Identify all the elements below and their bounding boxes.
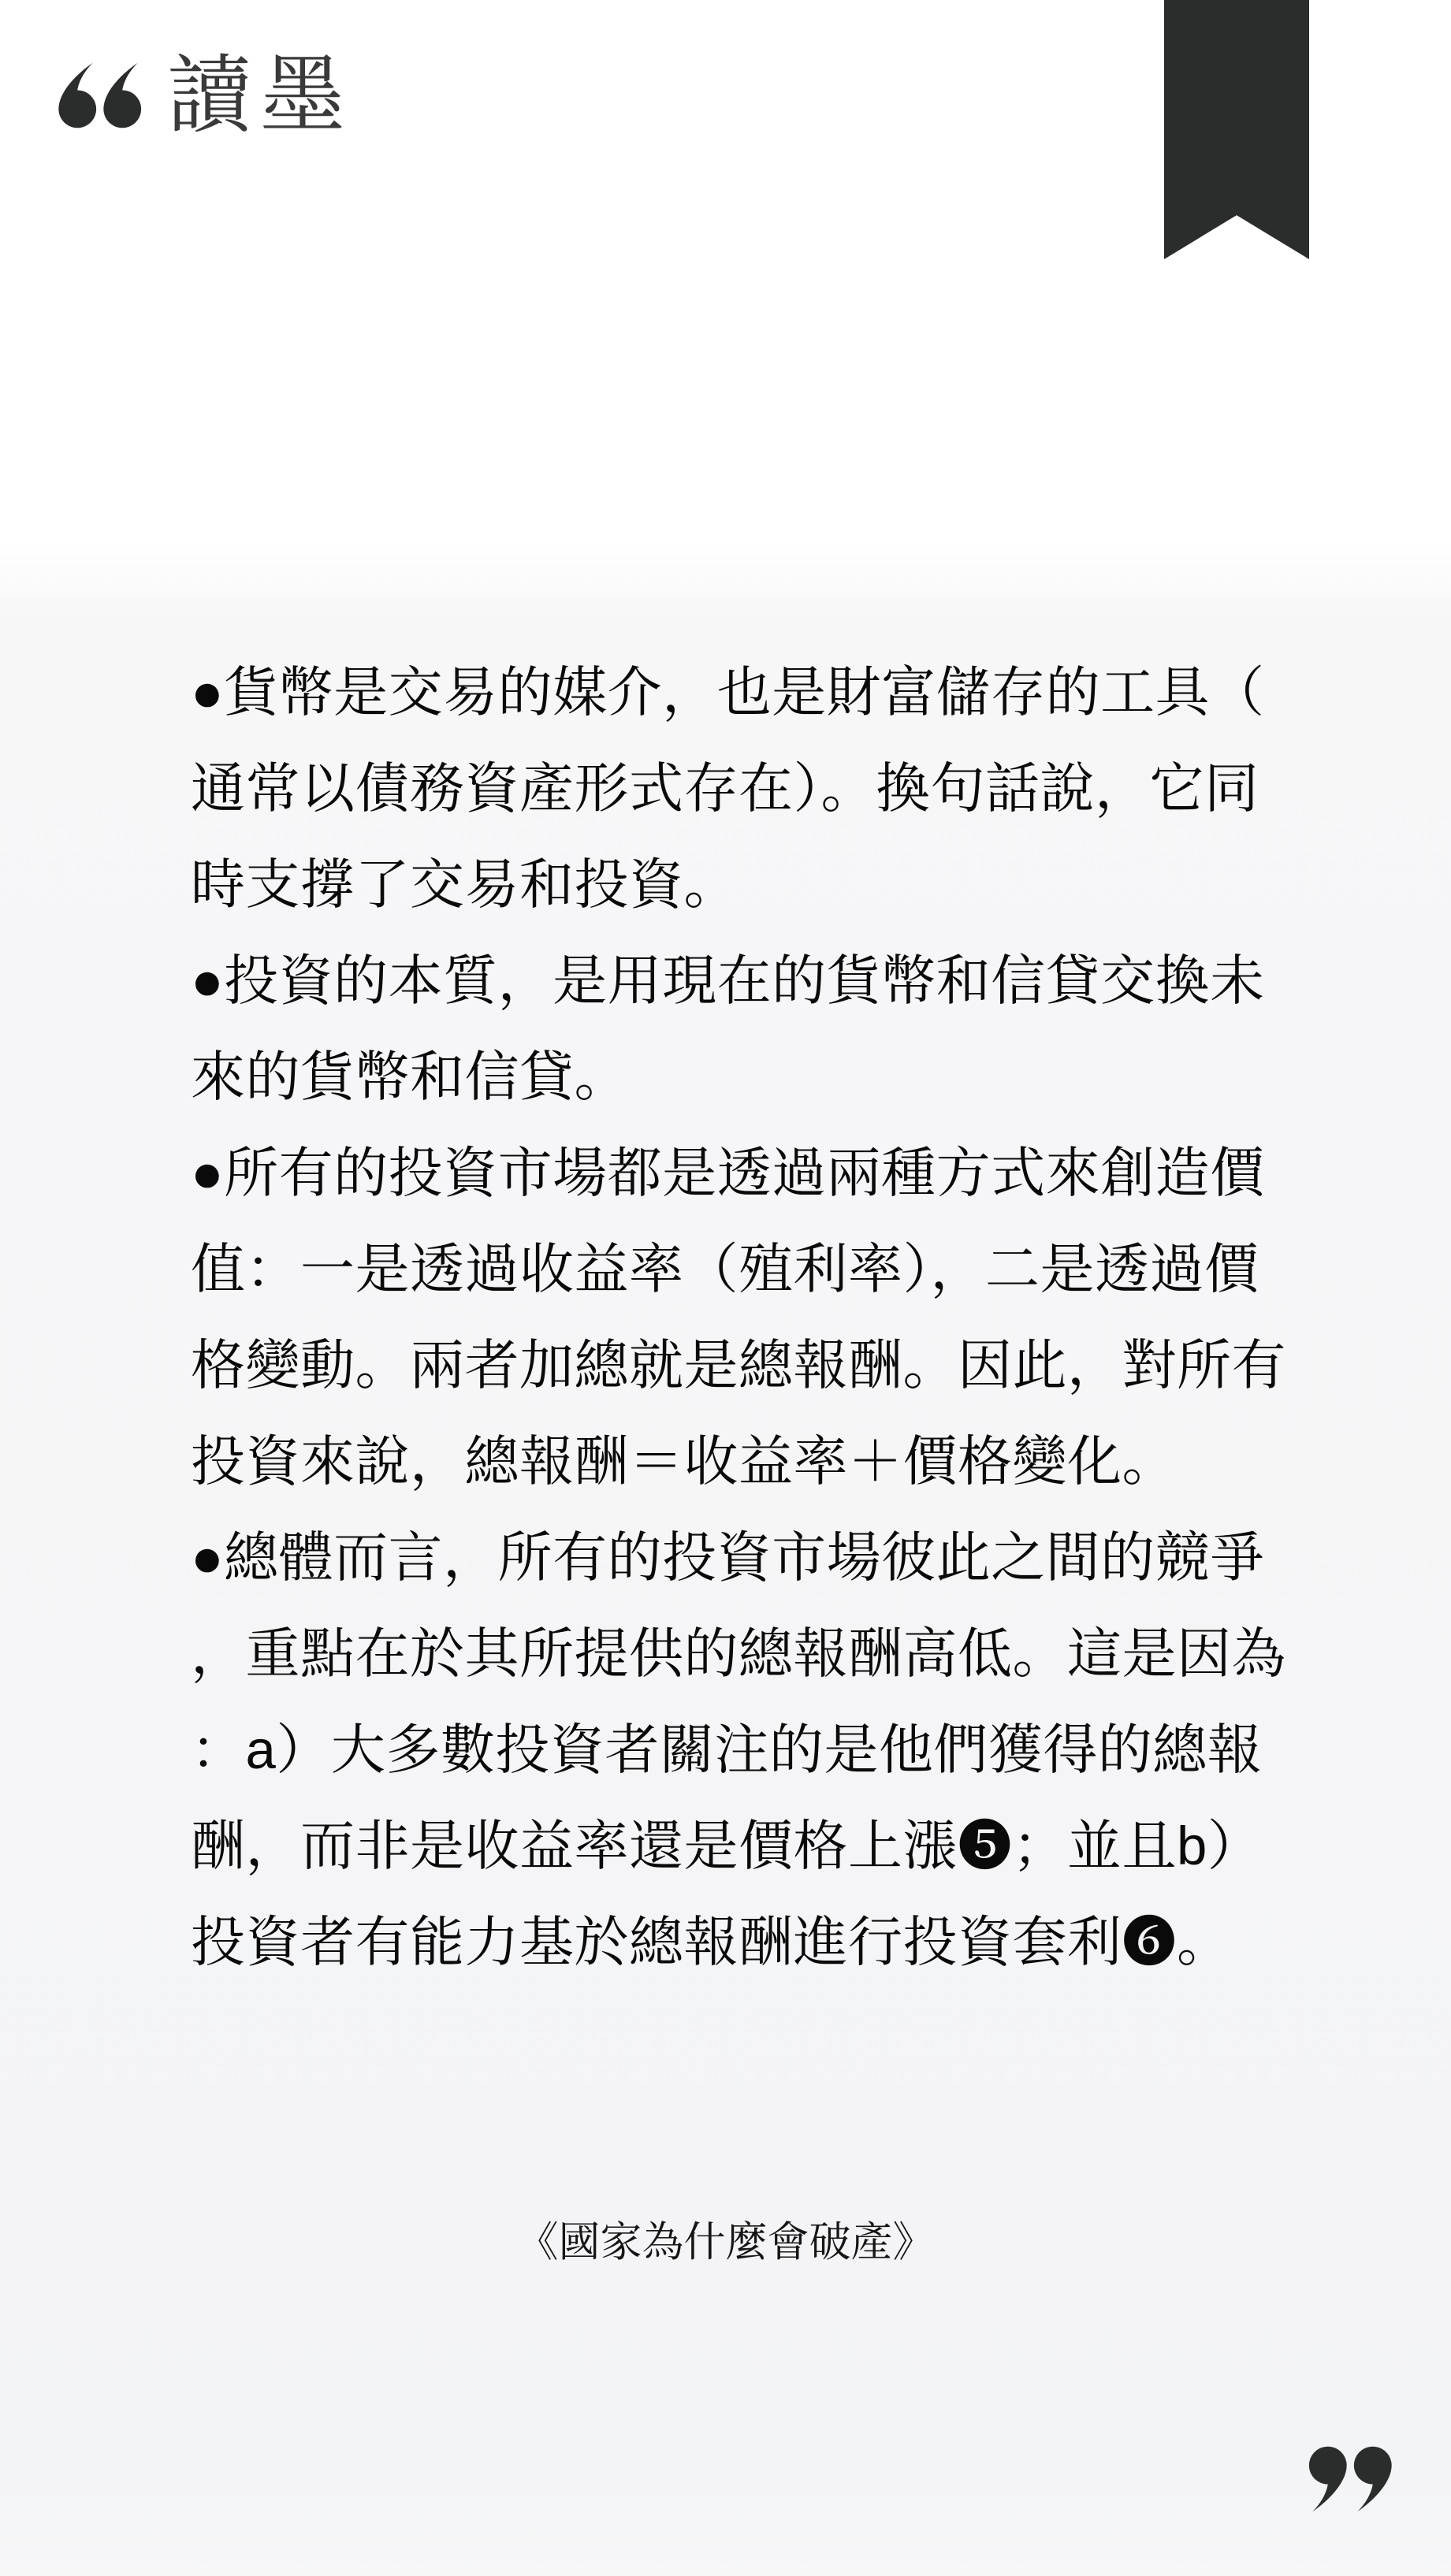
quote-line: ●所有的投資市場都是透過兩種方式來創造價 <box>191 1125 1357 1221</box>
quote-text: ●貨幣是交易的媒介，也是財富儲存的工具（ 通常以債務資產形式存在）。換句話說，它… <box>191 645 1357 1991</box>
bookmark-icon <box>1164 0 1309 259</box>
quote-line: 酬，而非是收益率還是價格上漲❺；並且b） <box>191 1798 1357 1894</box>
quote-line: 投資來說，總報酬＝收益率＋價格變化。 <box>191 1414 1357 1510</box>
quote-line: ：a）大多數投資者關注的是他們獲得的總報 <box>191 1702 1357 1798</box>
quote-line: ●總體而言，所有的投資市場彼此之間的競爭 <box>191 1510 1357 1606</box>
brand-name: 讀墨 <box>167 53 353 138</box>
quote-line: 通常以債務資產形式存在）。換句話說，它同 <box>191 741 1357 837</box>
quote-line: 投資者有能力基於總報酬進行投資套利❻。 <box>191 1894 1357 1991</box>
quote-line: ，重點在於其所提供的總報酬高低。這是因為 <box>191 1606 1357 1702</box>
opening-quote-icon <box>55 61 145 130</box>
quote-card: 讀墨 ●貨幣是交易的媒介，也是財富儲存的工具（ 通常以債務資產形式存在）。換句話… <box>0 0 1451 2576</box>
quote-line: 來的貨幣和信貸。 <box>191 1029 1357 1125</box>
quote-line: 格變動。兩者加總就是總報酬。因此，對所有 <box>191 1318 1357 1414</box>
quote-line: 值：一是透過收益率（殖利率），二是透過價 <box>191 1221 1357 1318</box>
quote-line: ●貨幣是交易的媒介，也是財富儲存的工具（ <box>191 645 1357 741</box>
quote-line: 時支撐了交易和投資。 <box>191 837 1357 933</box>
quote-line: ●投資的本質，是用現在的貨幣和信貸交換未 <box>191 933 1357 1029</box>
closing-quote-icon <box>1305 2444 1395 2514</box>
book-title: 《國家為什麼會破產》 <box>0 2211 1451 2274</box>
readmoo-logo: 讀墨 <box>55 46 353 145</box>
